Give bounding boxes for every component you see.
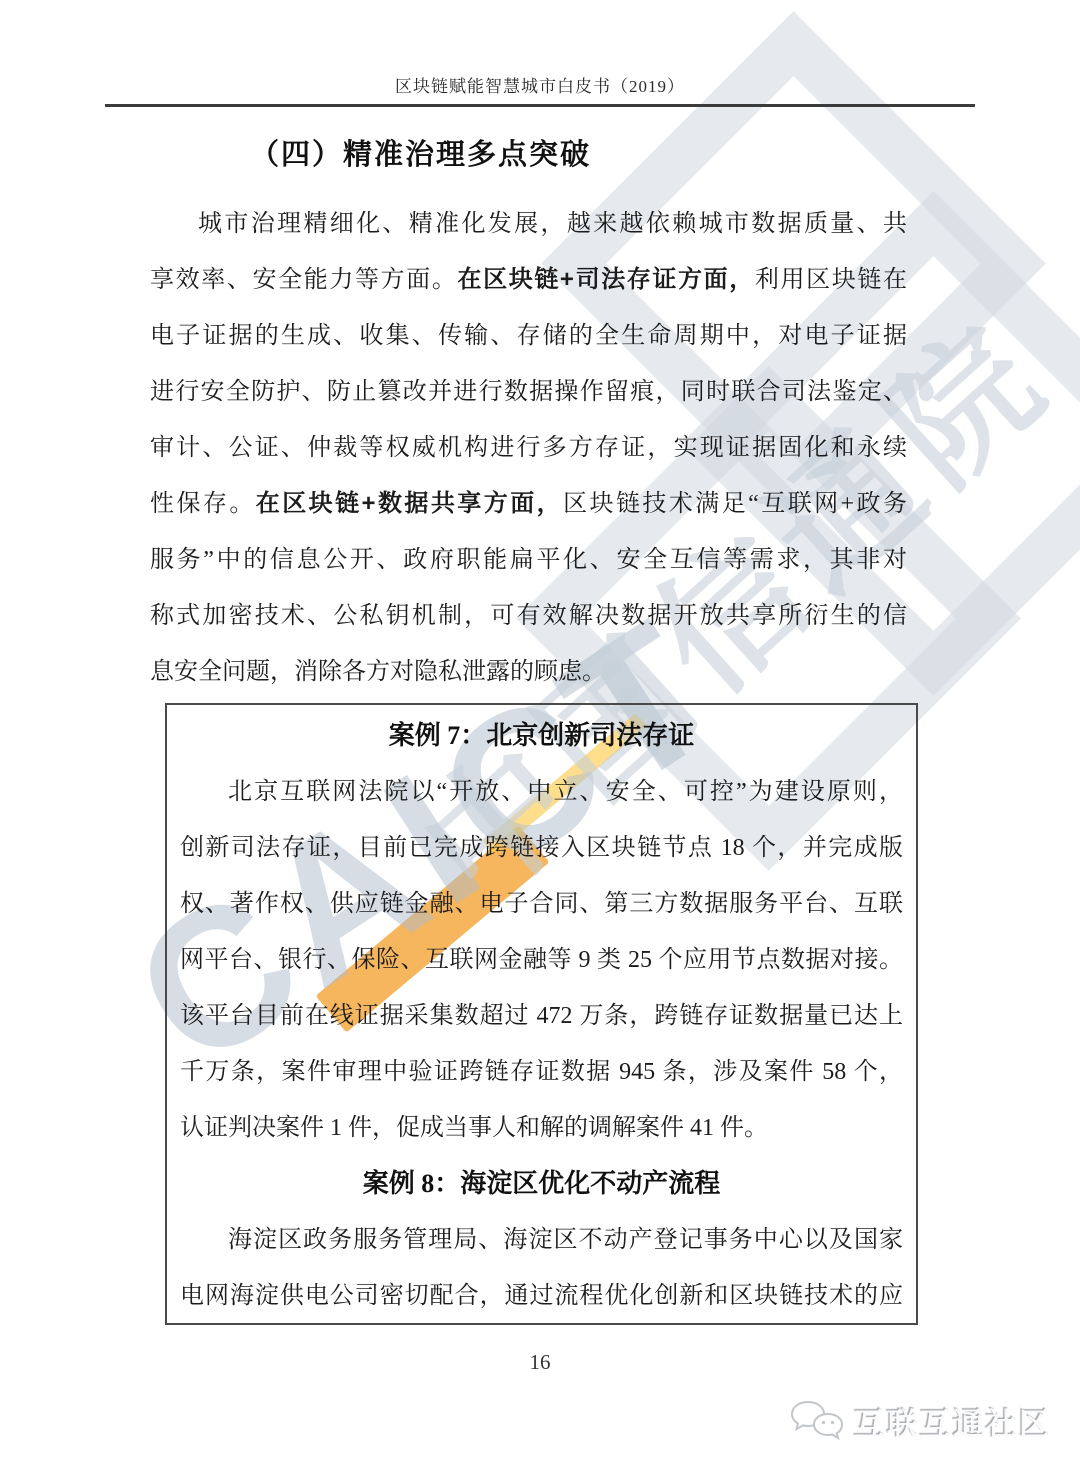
case-line-text: 北京互联网法院以“开放、中立、安全、可控”为建设原则， — [228, 779, 903, 805]
body-line: 审计、公证、仲裁等权威机构进行多方存证，实现证据固化和永续 — [150, 420, 907, 476]
body-line-text: 审计、公证、仲裁等权威机构进行多方存证，实现证据固化和永续 — [150, 435, 907, 461]
body-line-text: 区块链技术满足“互联网+政务 — [563, 491, 907, 517]
case-line: 北京互联网法院以“开放、中立、安全、可控”为建设原则， — [180, 764, 903, 820]
body-line-text: 享效率、安全能力等方面。 — [150, 267, 457, 293]
body-paragraph: 城市治理精细化、精准化发展，越来越依赖城市数据质量、共 享效率、安全能力等方面。… — [150, 196, 907, 700]
community-logo-label: 互联互通社区 — [854, 1399, 1052, 1444]
case-line: 权、著作权、供应链金融、电子合同、第三方数据服务平台、互联 — [180, 876, 903, 932]
page-content: 区块链赋能智慧城市白皮书（2019） （四）精准治理多点突破 城市治理精细化、精… — [0, 0, 1080, 1466]
body-line-text: 电子证据的生成、收集、传输、存储的全生命周期中，对电子证据 — [150, 323, 907, 349]
case-study-box: 案例 7：北京创新司法存证 北京互联网法院以“开放、中立、安全、可控”为建设原则… — [165, 703, 918, 1325]
body-line: 享效率、安全能力等方面。在区块链+司法存证方面，利用区块链在 — [150, 252, 907, 308]
case-line-text: 创新司法存证，目前已完成跨链接入区块链节点 18 个，并完成版 — [180, 835, 903, 861]
case-line-text: 千万条，案件审理中验证跨链存证数据 945 条，涉及案件 58 个， — [180, 1059, 903, 1085]
body-line: 进行安全防护、防止篡改并进行数据操作留痕，同时联合司法鉴定、 — [150, 364, 907, 420]
case-line-text: 电网海淀供电公司密切配合，通过流程优化创新和区块链技术的应 — [180, 1283, 903, 1309]
body-line: 息安全问题，消除各方对隐私泄露的顾虑。 — [150, 644, 907, 700]
case-line: 认证判决案件 1 件，促成当事人和解的调解案件 41 件。 — [180, 1100, 903, 1156]
case8-title: 案例 8：海淀区优化不动产流程 — [180, 1156, 903, 1212]
case-line: 创新司法存证，目前已完成跨链接入区块链节点 18 个，并完成版 — [180, 820, 903, 876]
case-line: 电网海淀供电公司密切配合，通过流程优化创新和区块链技术的应 — [180, 1268, 903, 1324]
case-line-text: 海淀区政务服务管理局、海淀区不动产登记事务中心以及国家 — [228, 1227, 903, 1253]
body-line: 城市治理精细化、精准化发展，越来越依赖城市数据质量、共 — [150, 196, 907, 252]
body-line-text: 服务”中的信息公开、政府职能扁平化、安全互信等需求，其非对 — [150, 547, 907, 573]
page-number: 16 — [0, 1350, 1080, 1375]
bold-keyword: 在区块链+数据共享方面， — [256, 490, 563, 517]
case-line-text: 该平台目前在线证据采集数超过 472 万条，跨链存证数据量已达上 — [180, 1003, 903, 1029]
case-line-text: 网平台、银行、保险、互联网金融等 9 类 25 个应用节点数据对接。 — [180, 947, 903, 973]
body-line-text: 利用区块链在 — [755, 267, 907, 293]
body-line-text: 息安全问题，消除各方对隐私泄露的顾虑。 — [150, 659, 606, 685]
case-line: 千万条，案件审理中验证跨链存证数据 945 条，涉及案件 58 个， — [180, 1044, 903, 1100]
body-line-text: 城市治理精细化、精准化发展，越来越依赖城市数据质量、共 — [198, 211, 907, 237]
body-line-text: 称式加密技术、公私钥机制，可有效解决数据开放共享所衍生的信 — [150, 603, 907, 629]
case7-title: 案例 7：北京创新司法存证 — [180, 708, 903, 764]
body-line-text: 性保存。 — [150, 491, 256, 517]
case-line-text: 认证判决案件 1 件，促成当事人和解的调解案件 41 件。 — [180, 1115, 768, 1141]
case-line: 网平台、银行、保险、互联网金融等 9 类 25 个应用节点数据对接。 — [180, 932, 903, 988]
document-header-title: 区块链赋能智慧城市白皮书（2019） — [0, 72, 1080, 97]
body-line: 服务”中的信息公开、政府职能扁平化、安全互信等需求，其非对 — [150, 532, 907, 588]
document-page: CAICT 中国信通院 区块链赋能智慧城市白皮书（2019） （四）精准治理多点… — [0, 0, 1080, 1466]
chat-bubbles-icon — [788, 1398, 846, 1444]
body-line: 称式加密技术、公私钥机制，可有效解决数据开放共享所衍生的信 — [150, 588, 907, 644]
community-logo: 互联互通社区 — [788, 1398, 1052, 1444]
section-heading: （四）精准治理多点突破 — [250, 132, 591, 173]
body-line-text: 进行安全防护、防止篡改并进行数据操作留痕，同时联合司法鉴定、 — [150, 379, 907, 405]
case-line: 该平台目前在线证据采集数超过 472 万条，跨链存证数据量已达上 — [180, 988, 903, 1044]
body-line: 电子证据的生成、收集、传输、存储的全生命周期中，对电子证据 — [150, 308, 907, 364]
bold-keyword: 在区块链+司法存证方面， — [457, 266, 754, 293]
case-line-text: 权、著作权、供应链金融、电子合同、第三方数据服务平台、互联 — [180, 891, 903, 917]
body-line: 性保存。在区块链+数据共享方面，区块链技术满足“互联网+政务 — [150, 476, 907, 532]
case-line: 海淀区政务服务管理局、海淀区不动产登记事务中心以及国家 — [180, 1212, 903, 1268]
header-rule — [105, 104, 975, 107]
